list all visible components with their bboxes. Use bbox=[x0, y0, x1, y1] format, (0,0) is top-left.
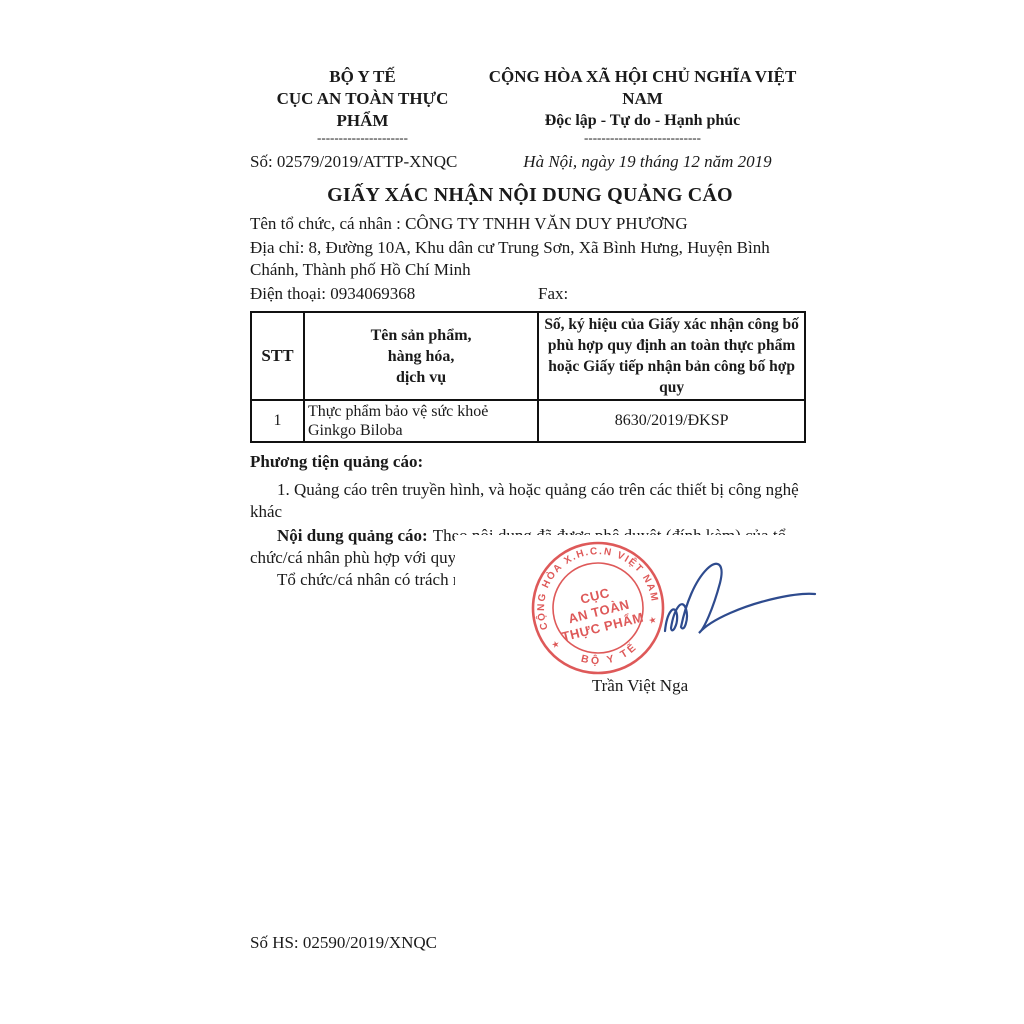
content-label: Nội dung quảng cáo: bbox=[277, 526, 428, 545]
document-header: BỘ Y TẾ CỤC AN TOÀN THỰC PHẨM ----------… bbox=[250, 66, 810, 144]
media-heading: Phương tiện quảng cáo: bbox=[250, 451, 810, 473]
national-motto-block: CỘNG HÒA XÃ HỘI CHỦ NGHĨA VIỆT NAM Độc l… bbox=[475, 66, 810, 144]
number-date-row: Số: 02579/2019/ATTP-XNQC Hà Nội, ngày 19… bbox=[250, 151, 810, 173]
cell-product-name: Thực phẩm bảo vệ sức khoẻ Ginkgo Biloba bbox=[304, 400, 538, 442]
phone-fax-row: Điện thoại: 0934069368 Fax: bbox=[250, 283, 810, 305]
product-header-line: Tên sản phẩm, bbox=[308, 325, 534, 346]
seal-star-icon: ★ bbox=[550, 639, 560, 651]
handwritten-signature bbox=[645, 545, 820, 645]
country-name: CỘNG HÒA XÃ HỘI CHỦ NGHĨA VIỆT NAM bbox=[475, 66, 810, 110]
column-header-stt: STT bbox=[251, 312, 304, 400]
column-header-product: Tên sản phẩm, hàng hóa, dịch vụ bbox=[304, 312, 538, 400]
department-name: CỤC AN TOÀN THỰC PHẨM bbox=[250, 88, 475, 132]
national-motto: Độc lập - Tự do - Hạnh phúc bbox=[475, 110, 810, 132]
hs-number: Số HS: 02590/2019/XNQC bbox=[250, 933, 437, 953]
fax-label: Fax: bbox=[538, 283, 568, 305]
product-header-line: hàng hóa, bbox=[308, 346, 534, 367]
product-header-line: dịch vụ bbox=[308, 367, 534, 388]
cell-certificate-number: 8630/2019/ĐKSP bbox=[538, 400, 805, 442]
table-row: 1 Thực phẩm bảo vệ sức khoẻ Ginkgo Bilob… bbox=[251, 400, 805, 442]
cell-stt: 1 bbox=[251, 400, 304, 442]
phone-line: Điện thoại: 0934069368 bbox=[250, 284, 415, 303]
document-number: Số: 02579/2019/ATTP-XNQC bbox=[250, 151, 485, 173]
signature-stroke bbox=[665, 564, 815, 633]
issuing-agency-block: BỘ Y TẾ CỤC AN TOÀN THỰC PHẨM ----------… bbox=[250, 66, 475, 144]
document-page: BỘ Y TẾ CỤC AN TOÀN THỰC PHẨM ----------… bbox=[0, 0, 1024, 1024]
ministry-name: BỘ Y TẾ bbox=[250, 66, 475, 88]
agency-divider: --------------------- bbox=[250, 132, 475, 144]
signer-name: Trần Việt Nga bbox=[540, 676, 740, 696]
seal-ring-bottom-text: BỘ Y TẾ bbox=[577, 638, 643, 673]
media-item: 1. Quảng cáo trên truyền hình, và hoặc q… bbox=[250, 479, 810, 523]
place-date-line: Hà Nội, ngày 19 tháng 12 năm 2019 bbox=[485, 151, 810, 173]
organization-name-line: Tên tổ chức, cá nhân : CÔNG TY TNHH VĂN … bbox=[250, 213, 810, 235]
motto-divider: --------------------------- bbox=[475, 132, 810, 144]
document-title: GIẤY XÁC NHẬN NỘI DUNG QUẢNG CÁO bbox=[250, 183, 810, 207]
product-table: STT Tên sản phẩm, hàng hóa, dịch vụ Số, … bbox=[250, 311, 806, 443]
table-header-row: STT Tên sản phẩm, hàng hóa, dịch vụ Số, … bbox=[251, 312, 805, 400]
column-header-certificate: Số, ký hiệu của Giấy xác nhận công bố ph… bbox=[538, 312, 805, 400]
address-line: Địa chỉ: 8, Đường 10A, Khu dân cư Trung … bbox=[250, 237, 810, 281]
